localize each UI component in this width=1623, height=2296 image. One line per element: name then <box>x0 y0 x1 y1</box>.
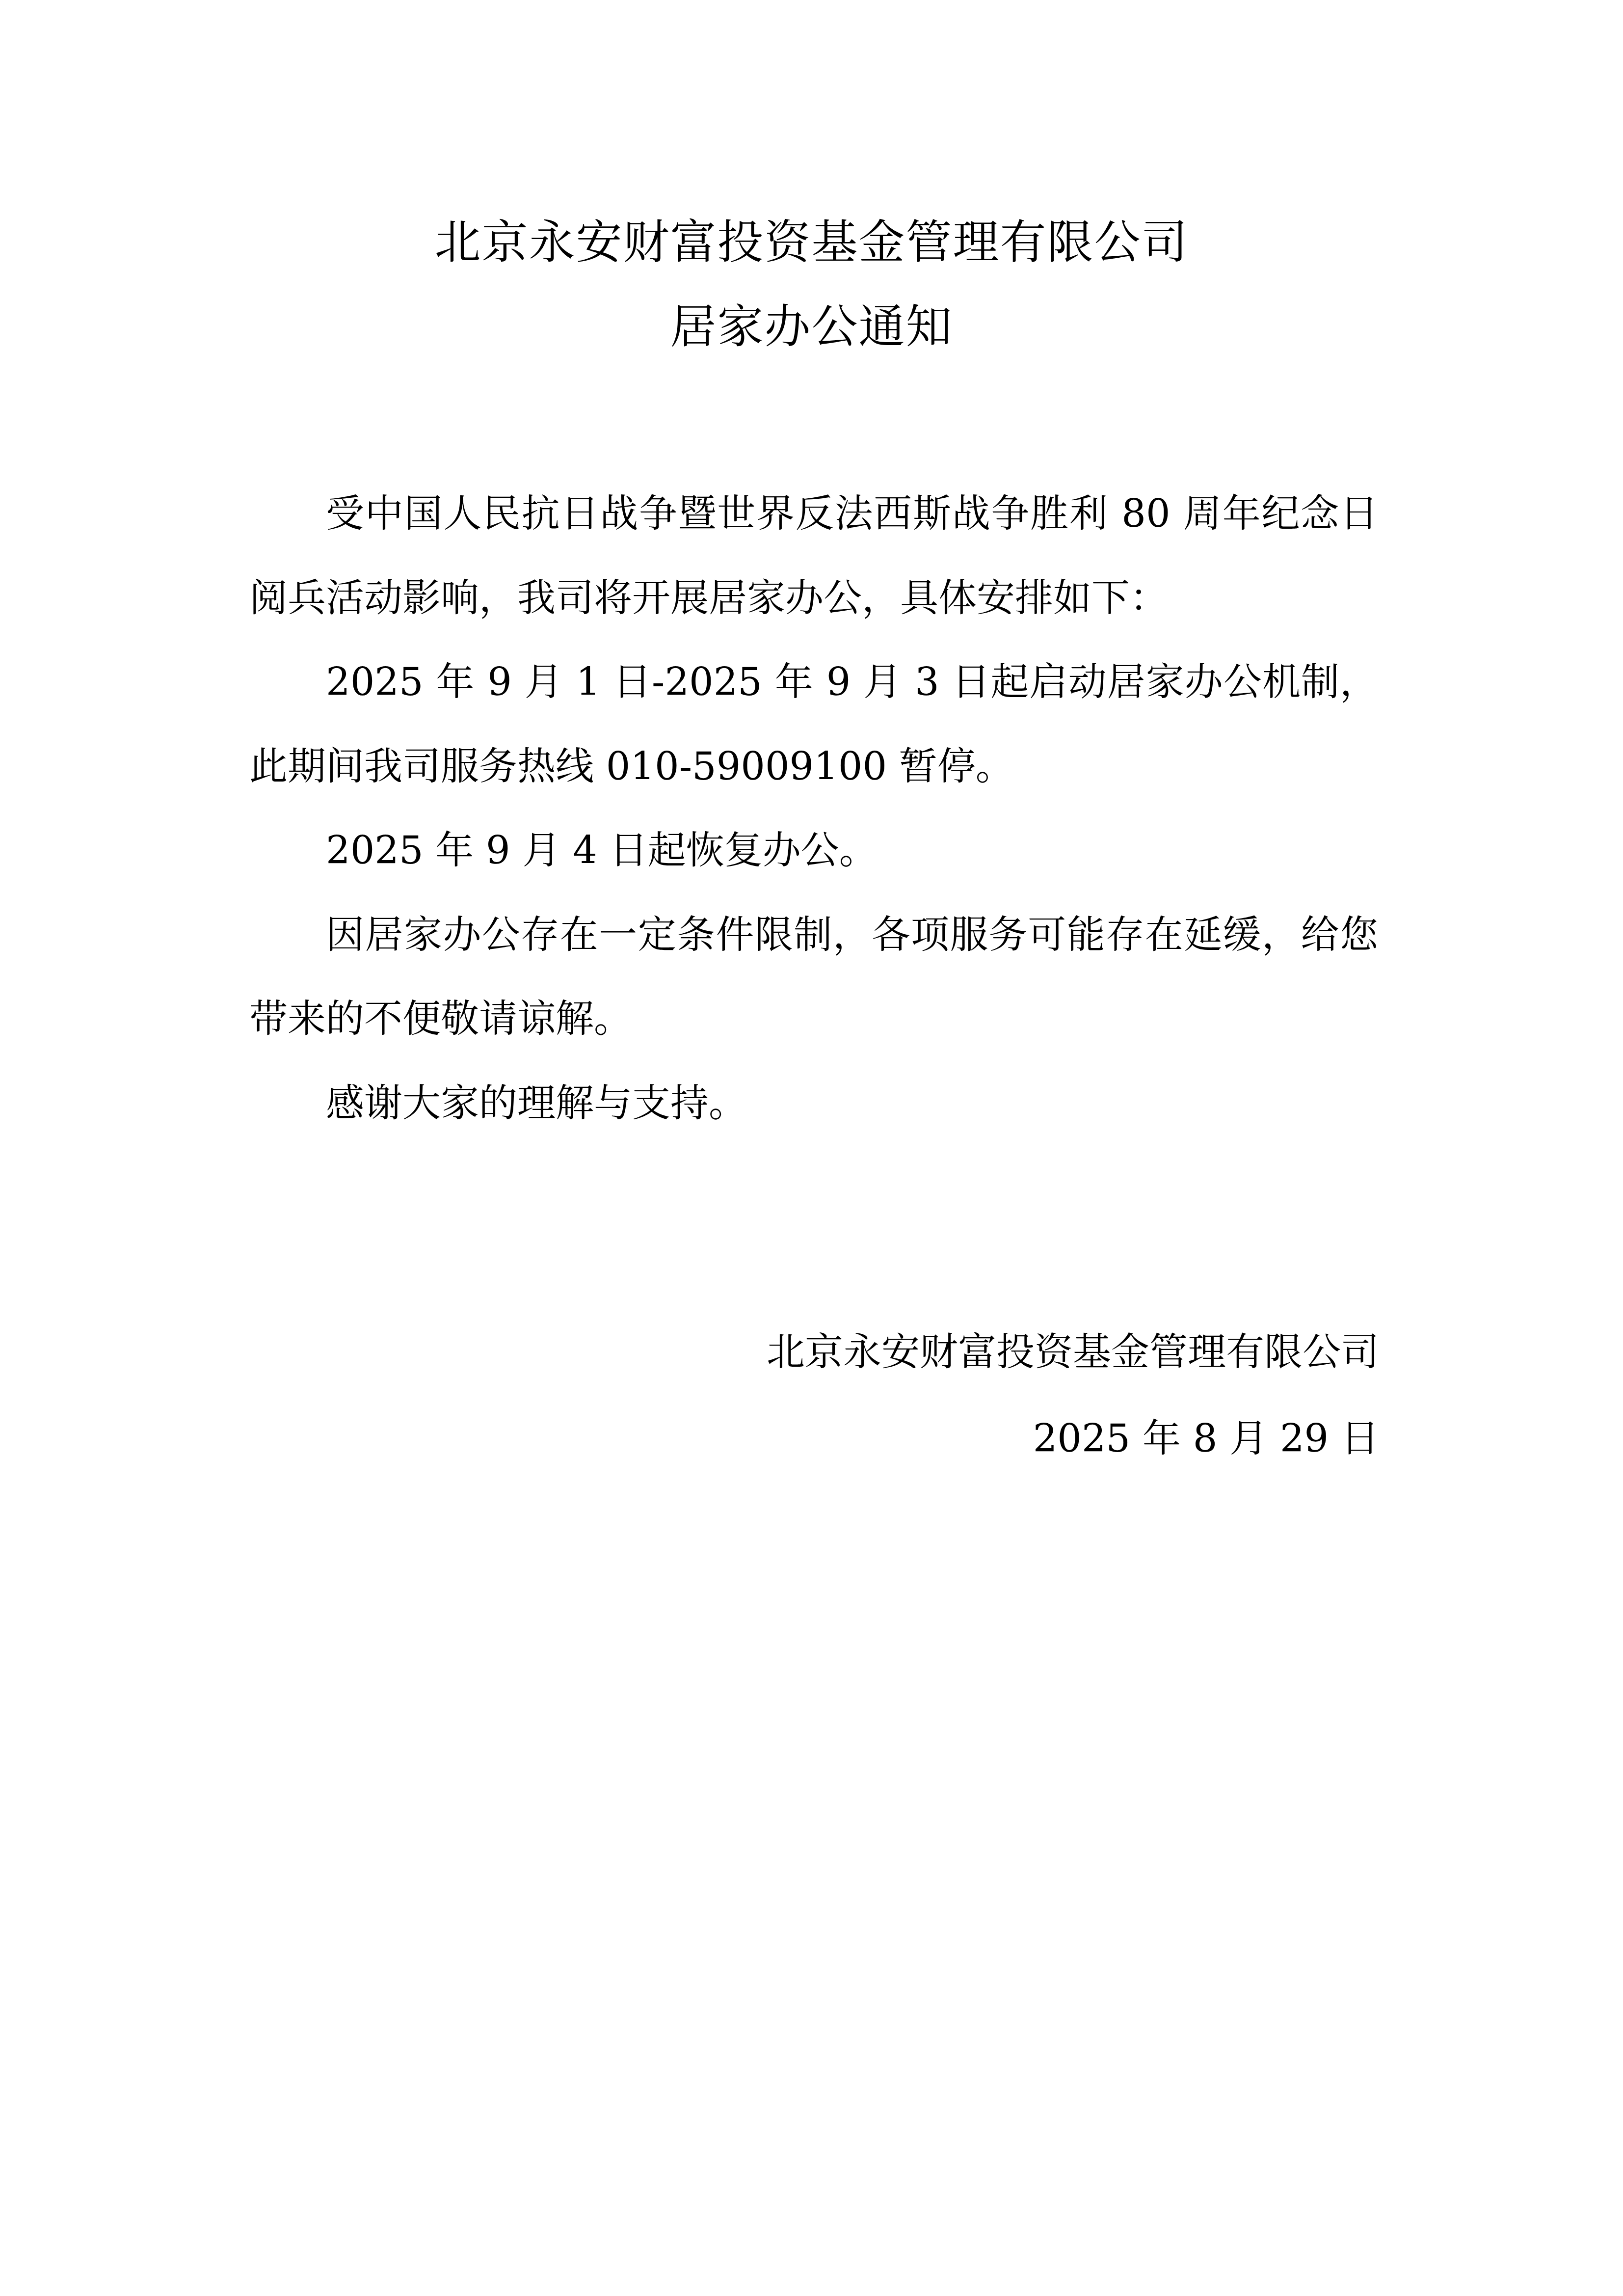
paragraph-apology: 因居家办公存在一定条件限制，各项服务可能存在延缓，给您带来的不便敬请谅解。 <box>249 893 1378 1062</box>
paragraph-schedule: 2025 年 9 月 1 日-2025 年 9 月 3 日起启动居家办公机制，此… <box>249 641 1378 809</box>
signature-date: 2025 年 8 月 29 日 <box>1033 1412 1379 1466</box>
paragraph-intro: 受中国人民抗日战争暨世界反法西斯战争胜利 80 周年纪念日阅兵活动影响，我司将开… <box>249 472 1378 641</box>
document-body: 受中国人民抗日战争暨世界反法西斯战争胜利 80 周年纪念日阅兵活动影响，我司将开… <box>249 472 1378 1146</box>
paragraph-resume: 2025 年 9 月 4 日起恢复办公。 <box>249 809 1378 893</box>
document-title-company: 北京永安财富投资基金管理有限公司 <box>0 216 1623 270</box>
document-page: 北京永安财富投资基金管理有限公司 居家办公通知 受中国人民抗日战争暨世界反法西斯… <box>0 0 1623 2296</box>
signature-company: 北京永安财富投资基金管理有限公司 <box>767 1325 1379 1379</box>
paragraph-thanks: 感谢大家的理解与支持。 <box>249 1062 1378 1146</box>
document-title-notice: 居家办公通知 <box>0 300 1623 354</box>
